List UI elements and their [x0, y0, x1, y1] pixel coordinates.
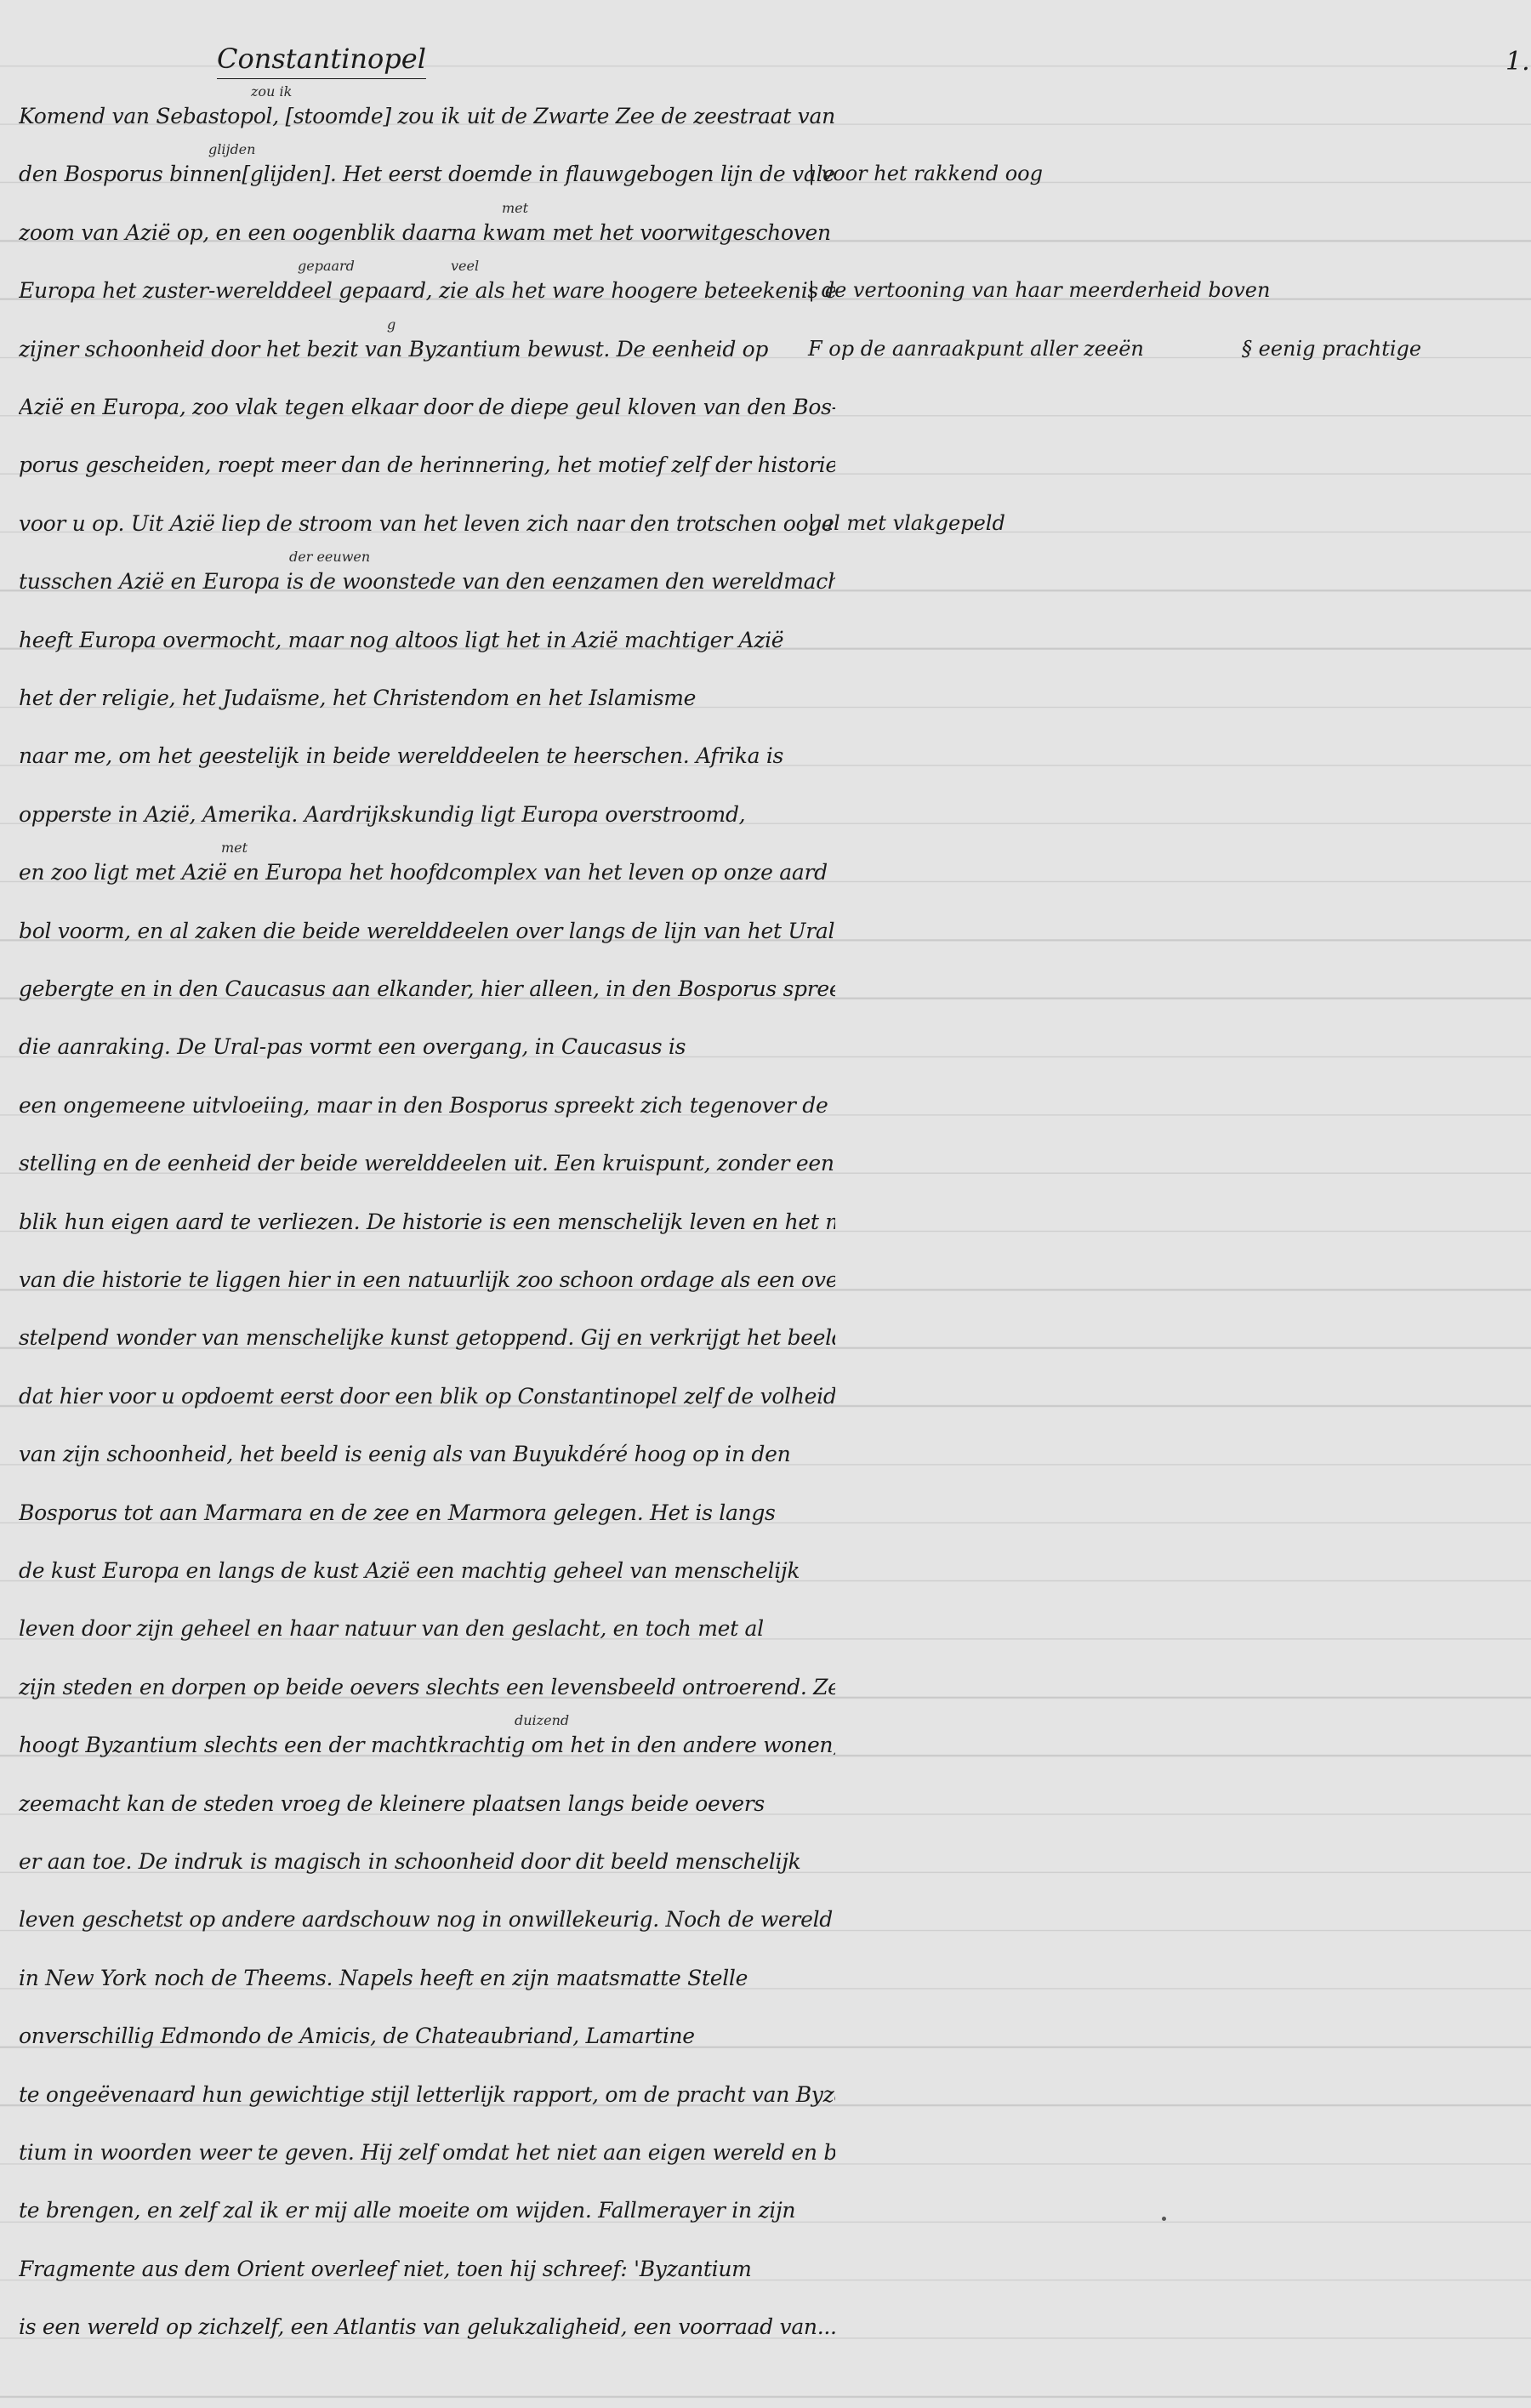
manuscript-line: zoom van Azië op, en een oogenblik daarn…	[19, 220, 835, 245]
manuscript-line: is een wereld op zichzelf, een Atlantis …	[19, 2314, 835, 2339]
margin-note: § eenig prachtige	[1242, 337, 1421, 361]
manuscript-line: porus gescheiden, roept meer dan de heri…	[19, 453, 835, 477]
manuscript-line: dat hier voor u opdoemt eerst door een b…	[19, 1384, 835, 1409]
manuscript-line: gebergte en in den Caucasus aan elkander…	[19, 976, 835, 1001]
interlinear-insertion: met	[221, 840, 248, 856]
manuscript-line: te brengen, en zelf zal ik er mij alle m…	[19, 2198, 835, 2223]
margin-note: | voor het rakkend oog	[808, 162, 1043, 185]
manuscript-line: Bosporus tot aan Marmara en de zee en Ma…	[19, 1500, 835, 1525]
manuscript-line: onverschillig Edmondo de Amicis, de Chat…	[19, 2024, 835, 2048]
manuscript-line: naar me, om het geestelijk in beide were…	[19, 743, 835, 768]
manuscript-line: Europa het zuster-werelddeel gepaard, zi…	[19, 278, 835, 303]
manuscript-line: er aan toe. De indruk is magisch in scho…	[19, 1849, 835, 1874]
page-title: Constantinopel	[217, 43, 426, 75]
manuscript-line: blik hun eigen aard te verliezen. De his…	[19, 1210, 835, 1234]
manuscript-line: die aanraking. De Ural-pas vormt een ove…	[19, 1034, 835, 1059]
margin-note: F op de aanraakpunt aller zeeën	[808, 337, 1144, 361]
manuscript-line: Fragmente aus dem Orient overleef niet, …	[19, 2257, 835, 2281]
interlinear-insertion: glijden	[208, 141, 255, 157]
page-number: 1.	[1505, 47, 1530, 77]
manuscript-line: voor u op. Uit Azië liep de stroom van h…	[19, 511, 835, 536]
manuscript-line: hoogt Byzantium slechts een der machtkra…	[19, 1733, 835, 1757]
manuscript-line: van zijn schoonheid, het beeld is eenig …	[19, 1442, 835, 1466]
interlinear-insertion: g	[387, 316, 396, 333]
interlinear-insertion: met	[502, 200, 528, 216]
manuscript-line: stelpend wonder van menschelijke kunst g…	[19, 1325, 835, 1350]
manuscript-line: in New York noch de Theems. Napels heeft…	[19, 1966, 835, 1990]
interlinear-insertion: duizend	[515, 1712, 569, 1728]
manuscript-line: bol voorm, en al zaken die beide wereldd…	[19, 919, 835, 943]
manuscript-line: en zoo ligt met Azië en Europa het hoofd…	[19, 860, 835, 885]
manuscript-line: van die historie te liggen hier in een n…	[19, 1267, 835, 1292]
manuscript-page: Constantinopel 1. Komend van Sebastopol,…	[0, 0, 1531, 2408]
manuscript-line: heeft Europa overmocht, maar nog altoos …	[19, 628, 835, 652]
manuscript-line: den Bosporus binnen[glijden]. Het eerst …	[19, 162, 835, 186]
manuscript-line: tium in woorden weer te geven. Hij zelf …	[19, 2140, 835, 2165]
interlinear-insertion: zou ik	[251, 83, 292, 100]
margin-note: | al met vlakgepeld	[808, 511, 1005, 535]
manuscript-line: een ongemeene uitvloeiing, maar in den B…	[19, 1093, 835, 1118]
manuscript-line: de kust Europa en langs de kust Azië een…	[19, 1558, 835, 1583]
manuscript-line: Azië en Europa, zoo vlak tegen elkaar do…	[19, 395, 835, 419]
manuscript-line: leven door zijn geheel en haar natuur va…	[19, 1616, 835, 1641]
manuscript-line: Komend van Sebastopol, [stoomde] zou ik …	[19, 104, 835, 128]
manuscript-line: te ongeëvenaard hun gewichtige stijl let…	[19, 2082, 835, 2107]
interlinear-insertion: der eeuwen	[289, 549, 370, 565]
margin-note: | de vertooning van haar meerderheid bov…	[808, 278, 1270, 302]
manuscript-line: zeemacht kan de steden vroeg de kleinere…	[19, 1791, 835, 1816]
manuscript-line: opperste in Azië, Amerika. Aardrijkskund…	[19, 802, 835, 827]
interlinear-insertion: veel	[451, 258, 479, 274]
manuscript-line: leven geschetst op andere aardschouw nog…	[19, 1907, 835, 1932]
manuscript-line: tusschen Azië en Europa is de woonstede …	[19, 569, 835, 594]
manuscript-line: stelling en de eenheid der beide wereldd…	[19, 1151, 835, 1176]
interlinear-insertion: gepaard	[298, 258, 355, 274]
manuscript-line: zijner schoonheid door het bezit van Byz…	[19, 337, 835, 361]
manuscript-line: zijn steden en dorpen op beide oevers sl…	[19, 1675, 835, 1699]
ink-dot	[1162, 2217, 1166, 2221]
manuscript-line: het der religie, het Judaïsme, het Chris…	[19, 686, 835, 710]
